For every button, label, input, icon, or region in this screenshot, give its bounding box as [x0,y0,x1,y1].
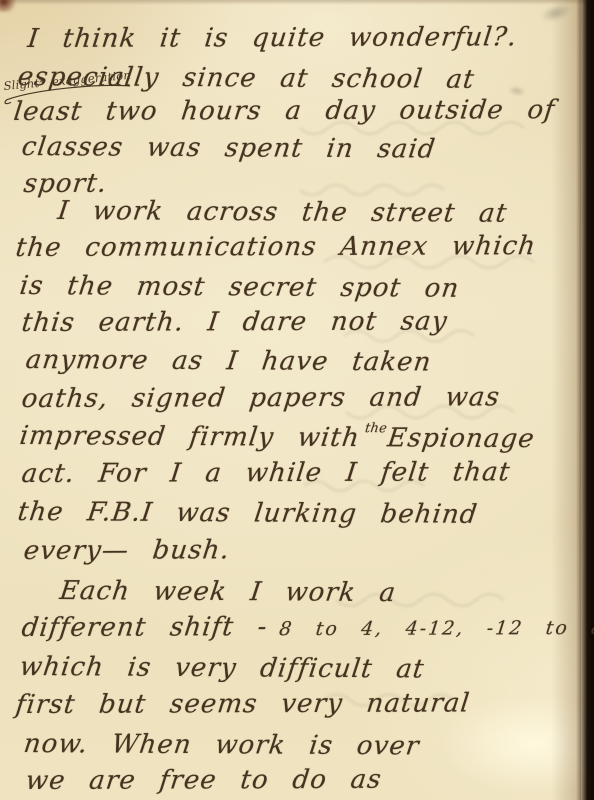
line-text: different shift - [20,612,269,643]
handwritten-line: first but seems very natural [14,688,472,720]
shift-times: 8 to 4, 4-12, -12 to 8 [278,617,594,640]
handwritten-line: I work across the street at [56,196,509,229]
handwritten-line: least two hours a day outside of [12,95,557,127]
handwritten-line: this earth. I dare not say [20,307,449,338]
handwritten-line: is the most secret spot on [18,271,461,304]
handwritten-line: which is very difficult at [18,652,426,684]
handwritten-line: sport. [22,169,109,199]
line-text: Espionage [386,423,537,454]
handwritten-line: Each week I work a [58,576,398,608]
handwritten-line: classes was spent in said [20,132,438,165]
handwritten-line: anymore as I have taken [24,345,433,377]
line-text: impressed firmly with [18,421,362,453]
inserted-word: the [364,421,388,436]
letter-body: I think it is quite wonderful?. especial… [0,0,594,800]
handwritten-line: act. For I a while I felt that [20,457,512,489]
handwritten-line: the F.B.I was lurking behind [16,497,480,530]
handwritten-line: I think it is quite wonderful?. [26,22,519,54]
handwritten-line: different shift -8 to 4, 4-12, -12 to 8 [20,611,594,643]
handwritten-line: especially since at school at [16,62,477,95]
handwritten-line: the communications Annex which [14,231,538,263]
handwritten-line: oaths, signed papers and was [20,382,502,414]
letter-scan-page: Slight* exaggeration I think it is quite… [0,0,594,800]
handwritten-line: impressed firmly withtheEspionage [18,421,537,454]
handwritten-line: we are free to do as [24,765,384,796]
handwritten-line: now. When work is over [22,729,421,761]
handwritten-line: every— bush. [22,535,232,566]
